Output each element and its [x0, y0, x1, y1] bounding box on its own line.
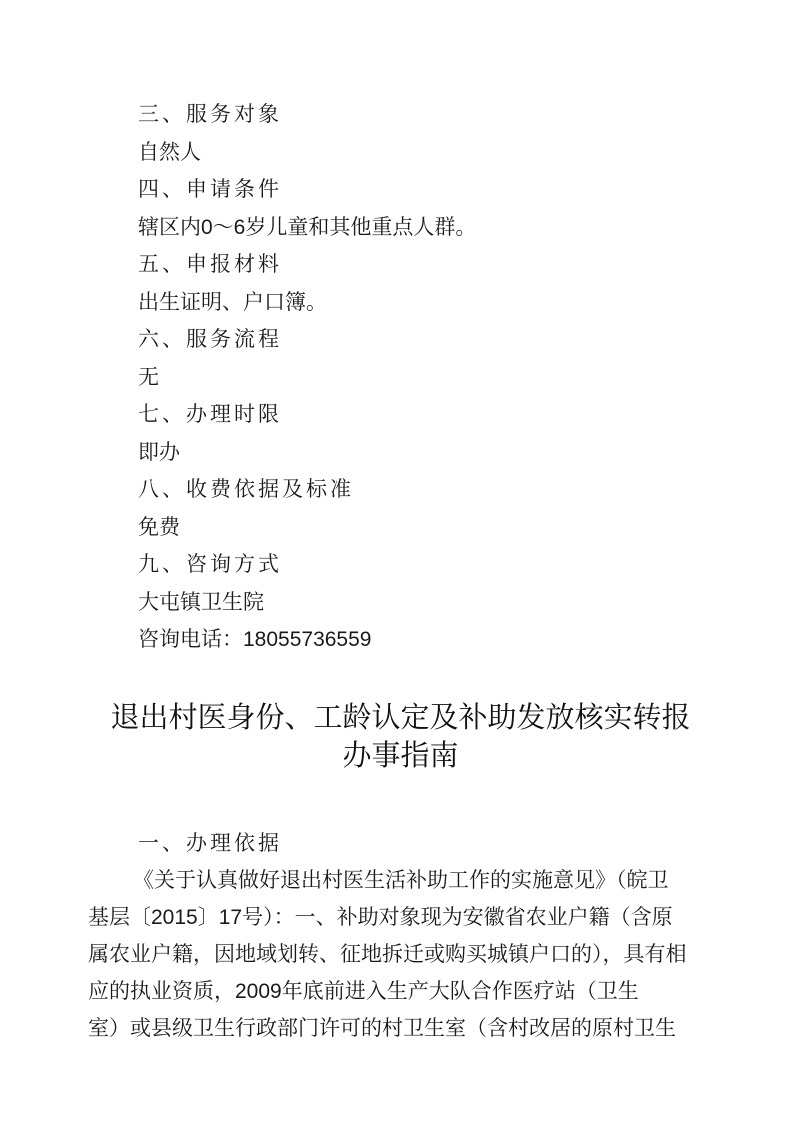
- heading-application-conditions: 四、申请条件: [88, 171, 713, 209]
- guide-title-line-1: 退出村医身份、工龄认定及补助发放核实转报: [88, 699, 713, 737]
- guide-title-line-2: 办事指南: [88, 737, 713, 775]
- paragraph-line: 室）或县级卫生行政部门许可的村卫生室（含村改居的原村卫生: [88, 1010, 713, 1047]
- heading-fee-basis-standard: 八、收费依据及标准: [88, 471, 713, 509]
- value-service-process: 无: [88, 359, 713, 397]
- paragraph-line: 属农业户籍，因地域划转、征地拆迁或购买城镇户口的），具有相: [88, 936, 713, 973]
- guide-title: 退出村医身份、工龄认定及补助发放核实转报 办事指南: [88, 699, 713, 775]
- value-consultation-phone: 咨询电话：18055736559: [88, 621, 713, 659]
- value-fee-basis-standard: 免费: [88, 509, 713, 547]
- heading-processing-basis: 一、办理依据: [88, 825, 713, 863]
- heading-application-materials: 五、申报材料: [88, 246, 713, 284]
- paragraph-line: 《关于认真做好退出村医生活补助工作的实施意见》（皖卫: [88, 862, 713, 899]
- paragraph-line: 应的执业资质，2009年底前进入生产大队合作医疗站（卫生: [88, 973, 713, 1010]
- basis-paragraph: 《关于认真做好退出村医生活补助工作的实施意见》（皖卫 基层〔2015〕17号）：…: [88, 862, 713, 1047]
- value-consultation-org: 大屯镇卫生院: [88, 584, 713, 622]
- value-processing-time-limit: 即办: [88, 434, 713, 472]
- value-service-target: 自然人: [88, 134, 713, 172]
- document-page: 三、服务对象 自然人 四、申请条件 辖区内0～6岁儿童和其他重点人群。 五、申报…: [0, 0, 793, 1122]
- value-application-conditions: 辖区内0～6岁儿童和其他重点人群。: [88, 209, 713, 247]
- heading-processing-time-limit: 七、办理时限: [88, 396, 713, 434]
- paragraph-line: 基层〔2015〕17号）：一、补助对象现为安徽省农业户籍（含原: [88, 899, 713, 936]
- heading-service-target: 三、服务对象: [88, 96, 713, 134]
- value-application-materials: 出生证明、户口簿。: [88, 284, 713, 322]
- heading-service-process: 六、服务流程: [88, 321, 713, 359]
- heading-consultation-method: 九、咨询方式: [88, 546, 713, 584]
